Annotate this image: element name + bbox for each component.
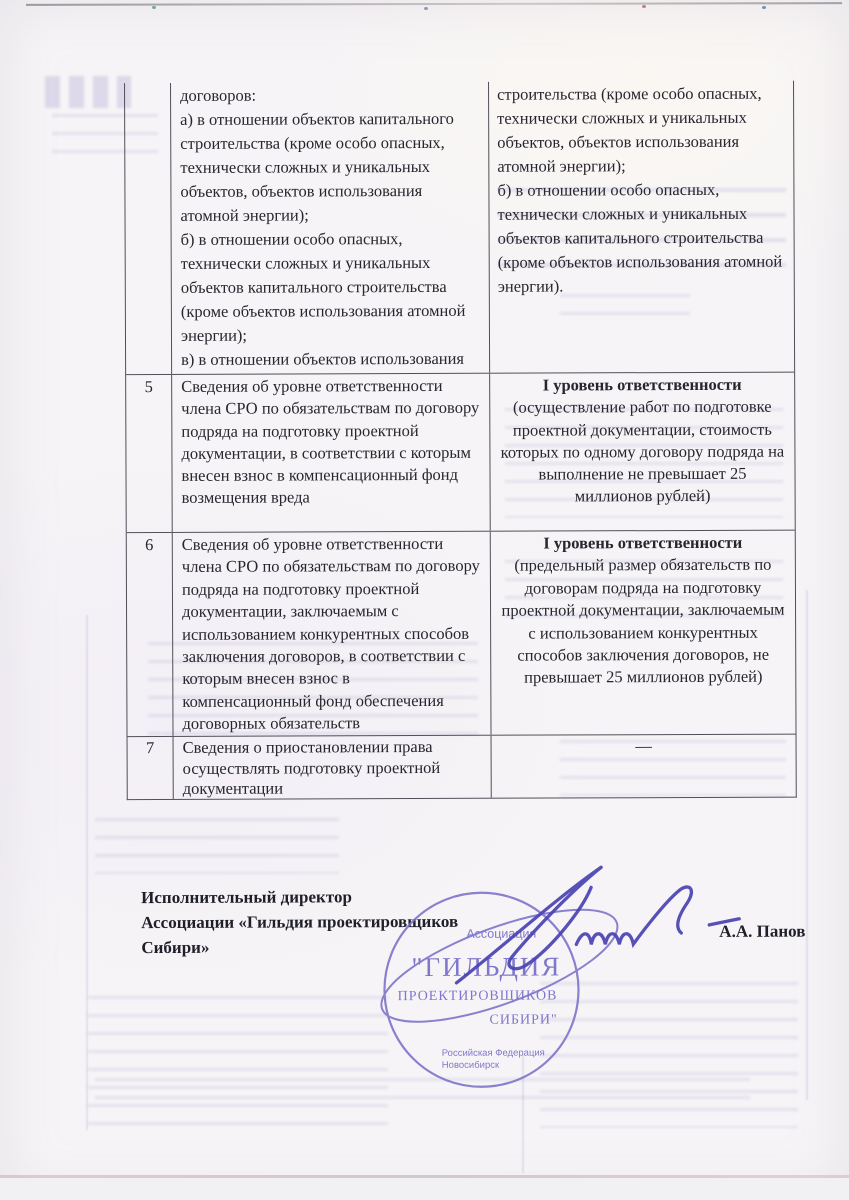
signature-stroke xyxy=(709,919,739,925)
responsibility-level-heading: I уровень ответственности xyxy=(498,374,786,397)
value-cell: I уровень ответственности (предельный ра… xyxy=(491,531,796,735)
attribute-cell: Сведения об уровне ответственности члена… xyxy=(173,532,492,736)
table-row: договоров: а) в отношении объектов капит… xyxy=(125,81,794,375)
stamp-country: Российская Федерация xyxy=(442,1048,545,1059)
table-row: 7 Сведения о приостановлении права осуще… xyxy=(128,734,796,800)
responsibility-level-heading: I уровень ответственности xyxy=(499,532,787,556)
signature-stroke xyxy=(509,867,602,968)
stamp-name-line3: СИБИРИ" xyxy=(489,1012,557,1027)
handwritten-signature xyxy=(441,859,762,1000)
row-number-cell: 6 xyxy=(127,533,174,736)
stamp-city: Новосибирск xyxy=(442,1060,500,1071)
responsibility-level-body: (предельный размер обязательств по догов… xyxy=(499,554,788,690)
row-number: 7 xyxy=(146,738,154,757)
table-row: 6 Сведения об уровне ответственности чле… xyxy=(127,530,796,737)
table-row: 5 Сведения об уровне ответственности чле… xyxy=(126,372,795,533)
attribute-cell: договоров: а) в отношении объектов капит… xyxy=(171,82,490,374)
attribute-cell: Сведения о приостановлении права осущест… xyxy=(174,736,492,799)
responsibility-level-body: (осуществление работ по подготовке проек… xyxy=(498,396,786,509)
row-number-cell: 5 xyxy=(126,375,173,532)
row-number-cell xyxy=(125,83,172,374)
member-info-table: договоров: а) в отношении объектов капит… xyxy=(124,81,797,801)
value-cell: — xyxy=(492,735,796,798)
signature-stroke xyxy=(576,887,691,944)
row-number-cell: 7 xyxy=(128,737,174,799)
value-cell: строительства (кроме особо опасных, техн… xyxy=(489,81,794,373)
row-number: 6 xyxy=(145,535,153,554)
scanned-page: договоров: а) в отношении объектов капит… xyxy=(0,0,849,1200)
row-number: 5 xyxy=(145,377,153,396)
attribute-cell: Сведения об уровне ответственности члена… xyxy=(172,374,491,532)
value-cell: I уровень ответственности (осуществление… xyxy=(490,373,795,531)
